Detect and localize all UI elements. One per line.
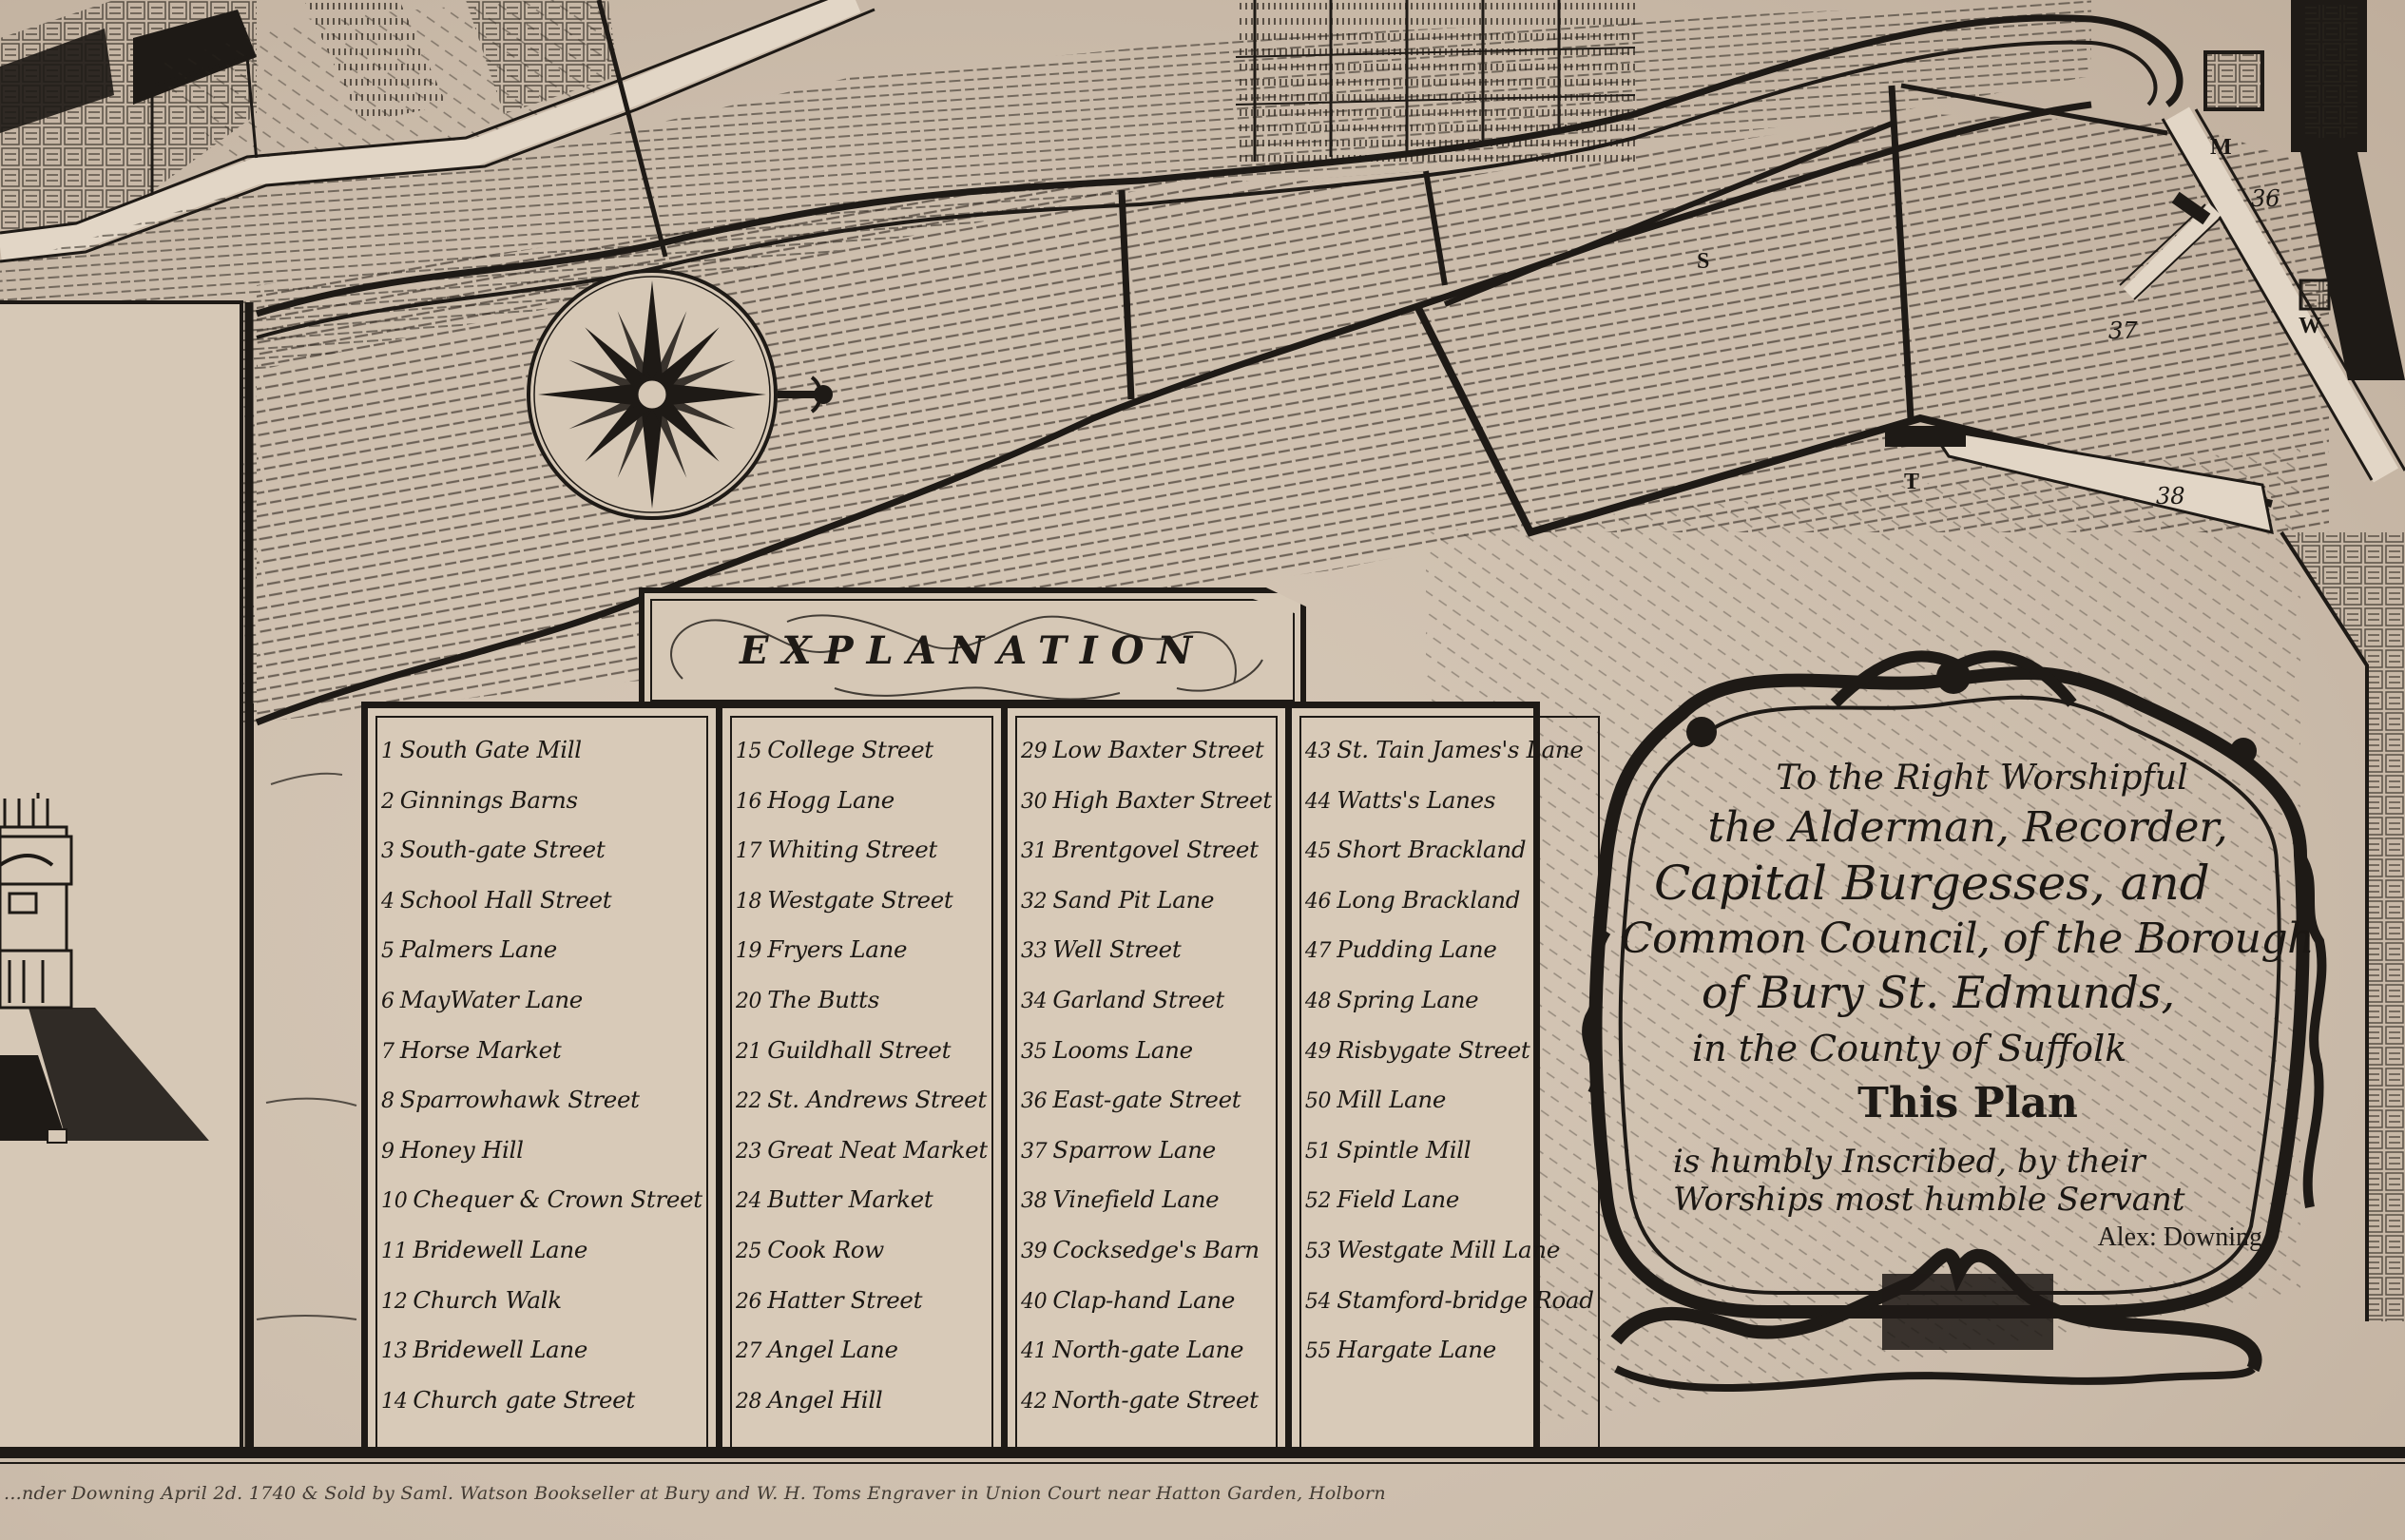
legend-entry: 8Sparrowhawk Street [381,1075,702,1126]
legend-entry: 44Watts's Lanes [1305,776,1594,826]
dedication-line-6: in the County of Suffolk [1616,1028,2319,1069]
explanation-title: EXPLANATION [740,628,1205,673]
legend-entry: 47Pudding Lane [1305,925,1594,975]
legend-entry: 43St. Tain James's Lane [1305,725,1594,776]
legend-entry: 18Westgate Street [736,876,988,926]
dedication-this-plan: This Plan [1616,1079,2319,1127]
dedication-line-1: To the Right Worshipful [1645,759,2319,798]
inset-panel-building [0,302,249,1451]
dedication-line-8: Worships most humble Servant [1616,1181,2319,1219]
legend-entry: 9Honey Hill [381,1126,702,1176]
legend-entry: 49Risbygate Street [1305,1026,1594,1076]
legend-entry: 30High Baxter Street [1021,776,1272,826]
legend-entry: 5Palmers Lane [381,925,702,975]
legend-entry: 4School Hall Street [381,876,702,926]
legend-entry: 2Ginnings Barns [381,776,702,826]
dedication-cartouche: To the Right Worshipful the Alderman, Re… [1616,741,2319,1312]
legend-entry: 46Long Brackland [1305,876,1594,926]
legend-column-3: 29Low Baxter Street 30High Baxter Street… [1008,708,1292,1447]
legend-entry: 53Westgate Mill Lane [1305,1225,1594,1276]
dedication-line-7: is humbly Inscribed, by their [1616,1143,2319,1181]
legend-entry: 45Short Brackland [1305,825,1594,876]
legend-entry: 22St. Andrews Street [736,1075,988,1126]
legend-entry: 19Fryers Lane [736,925,988,975]
map-letter-t: T [1904,470,1919,495]
legend-entry: 40Clap-hand Lane [1021,1276,1272,1326]
publisher-imprint: ...nder Downing April 2d. 1740 & Sold by… [0,1483,2405,1521]
legend-column-4: 43St. Tain James's Lane 44Watts's Lanes … [1292,708,1607,1447]
legend-column-2: 15College Street 16Hogg Lane 17Whiting S… [722,708,1008,1447]
legend-entry: 17Whiting Street [736,825,988,876]
legend-entry: 31Brentgovel Street [1021,825,1272,876]
dedication-line-2: the Alderman, Recorder, [1616,803,2319,852]
legend-entry: 39Cocksedge's Barn [1021,1225,1272,1276]
legend-entry: 10Chequer & Crown Street [381,1175,702,1225]
map-number-37: 37 [2108,318,2138,344]
legend-entry: 13Bridewell Lane [381,1325,702,1376]
legend-entry: 36East-gate Street [1021,1075,1272,1126]
legend-entry: 20The Butts [736,975,988,1026]
legend-entry: 32Sand Pit Lane [1021,876,1272,926]
legend-entry: 50Mill Lane [1305,1075,1594,1126]
map-letter-m: M [2210,135,2232,161]
legend-entry: 33Well Street [1021,925,1272,975]
legend-entry: 16Hogg Lane [736,776,988,826]
legend-entry: 15College Street [736,725,988,776]
dedication-signature: Alex: Downing [1616,1222,2319,1253]
legend-entry: 28Angel Hill [736,1376,988,1426]
explanation-header: EXPLANATION [639,587,1306,707]
map-letter-s: S [1697,249,1709,275]
legend-entry: 12Church Walk [381,1276,702,1326]
map-border-rule-thin [0,1462,2405,1464]
legend-entry: 26Hatter Street [736,1276,988,1326]
legend-entry: 37Sparrow Lane [1021,1126,1272,1176]
legend-entry: 55Hargate Lane [1305,1325,1594,1376]
legend-column-1: 1South Gate Mill 2Ginnings Barns 3South-… [368,708,722,1447]
legend-entry: 34Garland Street [1021,975,1272,1026]
legend-entry: 27Angel Lane [736,1325,988,1376]
legend-entry: 25Cook Row [736,1225,988,1276]
map-number-38: 38 [2156,483,2185,510]
legend-entry: 1South Gate Mill [381,725,702,776]
map-letter-w: W [2299,314,2321,339]
legend-entry: 14Church gate Street [381,1376,702,1426]
map-number-36: 36 [2251,185,2280,212]
legend-entry: 7Horse Market [381,1026,702,1076]
legend-entry: 23Great Neat Market [736,1126,988,1176]
legend-entry: 41North-gate Lane [1021,1325,1272,1376]
dedication-line-3: Capital Burgesses, and [1616,856,2319,911]
legend-entry: 24Butter Market [736,1175,988,1225]
legend-entry: 38Vinefield Lane [1021,1175,1272,1225]
legend-entry: 6MayWater Lane [381,975,702,1026]
dedication-line-5: of Bury St. Edmunds, [1616,967,2319,1018]
legend-entry: 51Spintle Mill [1305,1126,1594,1176]
legend-entry: 3South-gate Street [381,825,702,876]
legend-entry: 42North-gate Street [1021,1376,1272,1426]
legend-entry: 35Looms Lane [1021,1026,1272,1076]
legend-entry: 21Guildhall Street [736,1026,988,1076]
explanation-legend-table: 1South Gate Mill 2Ginnings Barns 3South-… [361,702,1540,1447]
legend-entry: 11Bridewell Lane [381,1225,702,1276]
legend-entry: 29Low Baxter Street [1021,725,1272,776]
legend-entry: 52Field Lane [1305,1175,1594,1225]
map-border-rule [0,1447,2405,1458]
legend-entry: 54Stamford-bridge Road [1305,1276,1594,1326]
legend-entry: 48Spring Lane [1305,975,1594,1026]
dedication-line-4: Common Council, of the Borough [1616,914,2319,963]
